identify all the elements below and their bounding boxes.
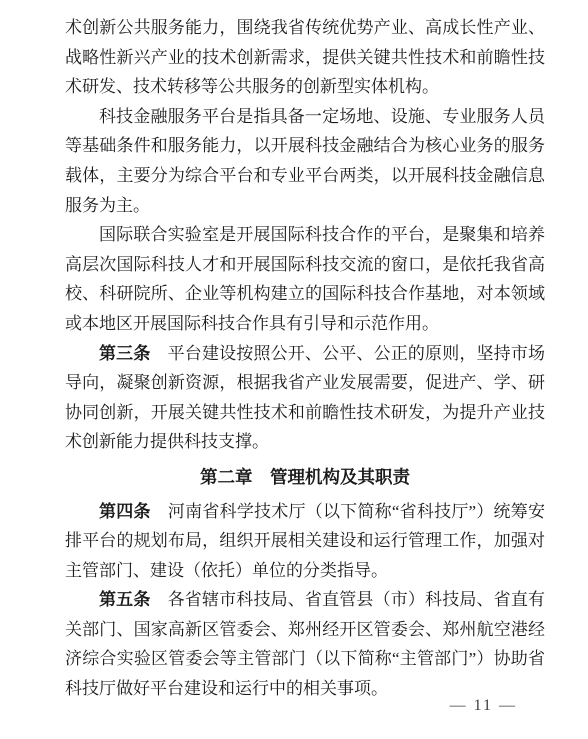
text-line: 等基础条件和服务能力，以开展科技金融结合为核心业务的服务 bbox=[65, 131, 545, 161]
text-line: 术创新能力提供科技支撑。 bbox=[65, 427, 545, 457]
article-number: 第四条 bbox=[99, 502, 151, 521]
document-body: 术创新公共服务能力，围绕我省传统优势产业、高成长性产业、战略性新兴产业的技术创新… bbox=[0, 0, 588, 704]
text-line: 第三条平台建设按照公开、公平、公正的原则，坚持市场 bbox=[65, 339, 545, 369]
text-line: 国际联合实验室是开展国际科技合作的平台，是聚集和培养 bbox=[65, 220, 545, 250]
text-line: 高层次国际科技人才和开展国际科技交流的窗口，是依托我省高 bbox=[65, 250, 545, 280]
document-page: 术创新公共服务能力，围绕我省传统优势产业、高成长性产业、战略性新兴产业的技术创新… bbox=[0, 0, 588, 739]
text-line: 协同创新，开展关键共性技术和前瞻性技术研发，为提升产业技 bbox=[65, 398, 545, 428]
paragraph: 第四条河南省科学技术厅（以下简称“省科技厅”）统筹安排平台的规划布局，组织开展相… bbox=[65, 497, 545, 586]
text-line: 关部门、国家高新区管委会、郑州经开区管委会、郑州航空港经 bbox=[65, 615, 545, 645]
text-line: 第五条各省辖市科技局、省直管县（市）科技局、省直有 bbox=[65, 585, 545, 615]
text-line: 术研发、技术转移等公共服务的创新型实体机构。 bbox=[65, 72, 545, 102]
paragraph: 科技金融服务平台是指具备一定场地、设施、专业服务人员等基础条件和服务能力，以开展… bbox=[65, 102, 545, 220]
chapter-heading-text: 第二章 管理机构及其职责 bbox=[65, 463, 545, 493]
text-line: 主管部门、建设（依托）单位的分类指导。 bbox=[65, 556, 545, 586]
article-number: 第三条 bbox=[99, 344, 150, 363]
text-line: 科技金融服务平台是指具备一定场地、设施、专业服务人员 bbox=[65, 102, 545, 132]
paragraph: 术创新公共服务能力，围绕我省传统优势产业、高成长性产业、战略性新兴产业的技术创新… bbox=[65, 13, 545, 102]
text-line: 第四条河南省科学技术厅（以下简称“省科技厅”）统筹安 bbox=[65, 497, 545, 527]
text-line: 排平台的规划布局，组织开展相关建设和运行管理工作，加强对 bbox=[65, 526, 545, 556]
text-line: 服务为主。 bbox=[65, 191, 545, 221]
paragraph: 国际联合实验室是开展国际科技合作的平台，是聚集和培养高层次国际科技人才和开展国际… bbox=[65, 220, 545, 338]
paragraph: 第五条各省辖市科技局、省直管县（市）科技局、省直有关部门、国家高新区管委会、郑州… bbox=[65, 585, 545, 703]
text-line: 载体，主要分为综合平台和专业平台两类，以开展科技金融信息 bbox=[65, 161, 545, 191]
page-number: — 11 — bbox=[450, 697, 517, 715]
paragraph: 第三条平台建设按照公开、公平、公正的原则，坚持市场导向，凝聚创新资源，根据我省产… bbox=[65, 339, 545, 457]
text-line: 战略性新兴产业的技术创新需求，提供关键共性技术和前瞻性技 bbox=[65, 43, 545, 73]
text-line: 或本地区开展国际科技合作具有引导和示范作用。 bbox=[65, 309, 545, 339]
text-line: 校、科研院所、企业等机构建立的国际科技合作基地，对本领域 bbox=[65, 279, 545, 309]
article-number: 第五条 bbox=[99, 590, 150, 609]
text-line: 导向，凝聚创新资源，根据我省产业发展需要，促进产、学、研 bbox=[65, 368, 545, 398]
text-line: 济综合实验区管委会等主管部门（以下简称“主管部门”）协助省 bbox=[65, 644, 545, 674]
text-line: 术创新公共服务能力，围绕我省传统优势产业、高成长性产业、 bbox=[65, 13, 545, 43]
chapter-heading: 第二章 管理机构及其职责 bbox=[65, 463, 545, 493]
